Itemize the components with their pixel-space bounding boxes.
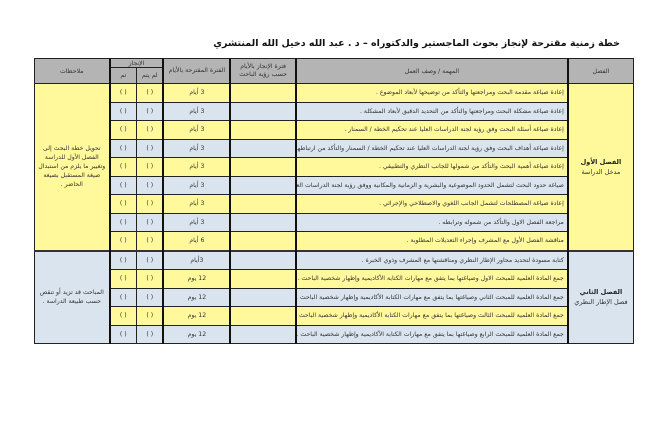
done-checkbox[interactable]: ( )	[110, 102, 137, 121]
duration-cell: 12 يوم	[163, 325, 230, 344]
researcher-period-input[interactable]	[230, 195, 296, 214]
not-done-checkbox[interactable]: ( )	[137, 270, 164, 289]
header-completion: الإنجاز	[110, 59, 164, 68]
done-checkbox[interactable]: ( )	[110, 176, 137, 195]
chapter-title: الفصل الأول	[572, 157, 630, 167]
table-row: صياغة حدود البحث لتشمل الحدود الموضوعية …	[35, 176, 634, 195]
notes-cell: المباحث قد تزيد أو تنقص حسب طبيعة الدراس…	[35, 251, 110, 344]
duration-cell: 3 أيام	[163, 139, 230, 158]
header-task: المهمة / وصف العمل	[296, 59, 568, 84]
table-row: إعادة صياغة المصطلحات لتشمل الجانب اللغو…	[35, 195, 634, 214]
table-row: إعادة صياغة أهداف البحث وفق رؤية لجنة ال…	[35, 139, 634, 158]
duration-cell: 3 أيام	[163, 102, 230, 121]
duration-cell: 12 يوم	[163, 288, 230, 307]
task-cell: مراجعة الفصل الاول والتأكد من شموله وترا…	[296, 213, 568, 232]
duration-cell: 3 أيام	[163, 84, 230, 103]
schedule-table: الفصل المهمة / وصف العمل فترة الإنجاز با…	[34, 58, 634, 344]
task-cell: إعادة صياغة أهمية البحث والتأكد من شموله…	[296, 158, 568, 177]
table-row: جمع المادة العلمية للمبحث الرابع وصياغته…	[35, 325, 634, 344]
task-cell: إعادة صياغة مشكلة البحث ومراجعتها والتأك…	[296, 102, 568, 121]
researcher-period-input[interactable]	[230, 121, 296, 140]
table-row: إعادة صياغة أسئلة البحث وفق رؤية لجنة ال…	[35, 121, 634, 140]
duration-cell: 3 أيام	[163, 121, 230, 140]
table-row: الفصل الأول مدخل الدراسة إعادة صياغة مقد…	[35, 84, 634, 103]
task-cell: جمع المادة العلمية للمبحث الثالث وصياغته…	[296, 307, 568, 326]
header-notes: ملاحظات	[35, 59, 110, 84]
not-done-checkbox[interactable]: ( )	[137, 195, 164, 214]
researcher-period-input[interactable]	[230, 84, 296, 103]
not-done-checkbox[interactable]: ( )	[137, 84, 164, 103]
page-title: خطة زمنية مقترحة لإنجاز بحوث الماجستير و…	[160, 38, 620, 49]
chapter-cell: الفصل الأول مدخل الدراسة	[568, 84, 634, 251]
notes-cell: تحويل خطة البحث إلى الفصل الأول للدراسة …	[35, 84, 110, 251]
duration-cell: 3 أيام	[163, 176, 230, 195]
task-cell: كتابة مسودة لتحديد محاور الإطار النظري و…	[296, 251, 568, 270]
duration-cell: 12 يوم	[163, 307, 230, 326]
not-done-checkbox[interactable]: ( )	[137, 139, 164, 158]
chapter-cell: الفصل الثاني فصل الإطار النظري	[568, 251, 634, 344]
researcher-period-input[interactable]	[230, 213, 296, 232]
done-checkbox[interactable]: ( )	[110, 84, 137, 103]
table-row: جمع المادة العلمية للمبحث الثاني وصياغته…	[35, 288, 634, 307]
chapter-title: الفصل الثاني	[572, 287, 630, 297]
table-row: مناقشة الفصل الأول مع المشرف وإجراء التع…	[35, 232, 634, 251]
done-checkbox[interactable]: ( )	[110, 307, 137, 326]
table-row: الفصل الثاني فصل الإطار النظري كتابة مسو…	[35, 251, 634, 270]
table-row: جمع المادة العلمية للمبحث الثالث وصياغته…	[35, 307, 634, 326]
table-row: إعادة صياغة مشكلة البحث ومراجعتها والتأك…	[35, 102, 634, 121]
done-checkbox[interactable]: ( )	[110, 232, 137, 251]
not-done-checkbox[interactable]: ( )	[137, 232, 164, 251]
task-cell: إعادة صياغة مقدمة البحث ومراجعتها والتأك…	[296, 84, 568, 103]
done-checkbox[interactable]: ( )	[110, 213, 137, 232]
researcher-period-input[interactable]	[230, 102, 296, 121]
not-done-checkbox[interactable]: ( )	[137, 325, 164, 344]
researcher-period-input[interactable]	[230, 288, 296, 307]
duration-cell: 3 أيام	[163, 158, 230, 177]
not-done-checkbox[interactable]: ( )	[137, 307, 164, 326]
researcher-period-input[interactable]	[230, 139, 296, 158]
not-done-checkbox[interactable]: ( )	[137, 288, 164, 307]
not-done-checkbox[interactable]: ( )	[137, 102, 164, 121]
chapter-subtitle: فصل الإطار النظري	[572, 297, 630, 307]
done-checkbox[interactable]: ( )	[110, 325, 137, 344]
done-checkbox[interactable]: ( )	[110, 195, 137, 214]
task-cell: جمع المادة العلمية للمبحث الاول وصياغتها…	[296, 270, 568, 289]
duration-cell: 3 أيام	[163, 213, 230, 232]
header-researcher-period: فترة الإنجاز بالأيام حسب رؤية الباحث	[230, 59, 296, 84]
duration-cell: 6 أيام	[163, 232, 230, 251]
task-cell: صياغة حدود البحث لتشمل الحدود الموضوعية …	[296, 176, 568, 195]
not-done-checkbox[interactable]: ( )	[137, 213, 164, 232]
not-done-checkbox[interactable]: ( )	[137, 176, 164, 195]
task-cell: إعادة صياغة المصطلحات لتشمل الجانب اللغو…	[296, 195, 568, 214]
task-cell: إعادة صياغة أسئلة البحث وفق رؤية لجنة ال…	[296, 121, 568, 140]
task-cell: جمع المادة العلمية للمبحث الرابع وصياغته…	[296, 325, 568, 344]
not-done-checkbox[interactable]: ( )	[137, 121, 164, 140]
header-suggested-period: الفترة المقترحة بالأيام	[163, 59, 230, 84]
researcher-period-input[interactable]	[230, 232, 296, 251]
header-chapter: الفصل	[568, 59, 634, 84]
table-row: إعادة صياغة أهمية البحث والتأكد من شموله…	[35, 158, 634, 177]
task-cell: إعادة صياغة أهداف البحث وفق رؤية لجنة ال…	[296, 139, 568, 158]
duration-cell: 3 أيام	[163, 195, 230, 214]
researcher-period-input[interactable]	[230, 270, 296, 289]
researcher-period-input[interactable]	[230, 251, 296, 270]
task-cell: مناقشة الفصل الأول مع المشرف وإجراء التع…	[296, 232, 568, 251]
done-checkbox[interactable]: ( )	[110, 158, 137, 177]
task-cell: جمع المادة العلمية للمبحث الثاني وصياغته…	[296, 288, 568, 307]
done-checkbox[interactable]: ( )	[110, 139, 137, 158]
duration-cell: 12 يوم	[163, 270, 230, 289]
header-not-done: لم يتم	[137, 68, 164, 84]
researcher-period-input[interactable]	[230, 325, 296, 344]
researcher-period-input[interactable]	[230, 176, 296, 195]
not-done-checkbox[interactable]: ( )	[137, 251, 164, 270]
duration-cell: 3أيام	[163, 251, 230, 270]
not-done-checkbox[interactable]: ( )	[137, 158, 164, 177]
chapter-subtitle: مدخل الدراسة	[572, 167, 630, 177]
done-checkbox[interactable]: ( )	[110, 270, 137, 289]
table-row: مراجعة الفصل الاول والتأكد من شموله وترا…	[35, 213, 634, 232]
researcher-period-input[interactable]	[230, 158, 296, 177]
done-checkbox[interactable]: ( )	[110, 121, 137, 140]
header-done: تم	[110, 68, 137, 84]
table-row: جمع المادة العلمية للمبحث الاول وصياغتها…	[35, 270, 634, 289]
done-checkbox[interactable]: ( )	[110, 288, 137, 307]
done-checkbox[interactable]: ( )	[110, 251, 137, 270]
researcher-period-input[interactable]	[230, 307, 296, 326]
